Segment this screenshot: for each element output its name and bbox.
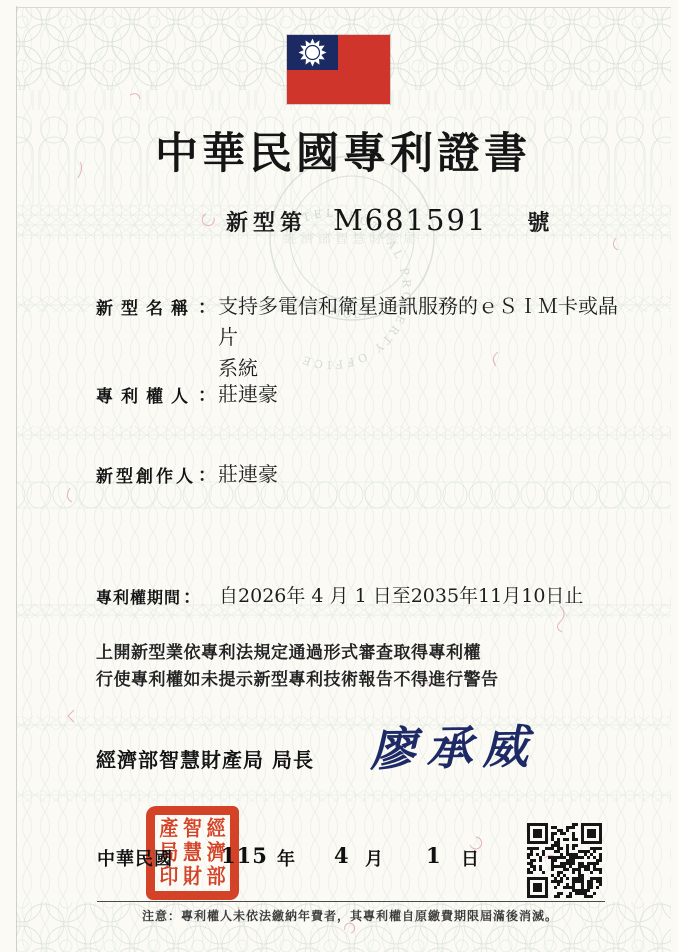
issuing-agency-title: 經濟部智慧財產局 局長 [96, 744, 314, 773]
seal-character: 經 [204, 816, 228, 843]
day-value: 1 [426, 843, 441, 868]
field-label: 新型名稱 [96, 291, 196, 319]
footer-divider [97, 901, 605, 902]
footer-note: 注意：專利權人未依法繳納年費者，其專利權自原繳費期限屆滿後消滅。 [88, 907, 612, 924]
field-colon: ： [196, 459, 218, 487]
era-label: 中華民國 [97, 845, 173, 871]
field-colon: ： [181, 581, 203, 609]
year-unit: 年 [277, 845, 295, 871]
patent-number-line: 新型第 M681591 號 [226, 203, 554, 237]
field-patentee: 專利權人 ： 莊連豪 [96, 379, 278, 410]
field-utility-model-name: 新型名稱 ： 支持多電信和衛星通訊服務的ｅＳＩＭ卡或晶片 系統 [96, 291, 618, 384]
scan-edge-top [16, 7, 671, 8]
field-value: 莊連豪 [218, 379, 278, 410]
patent-number: M681591 [333, 203, 487, 237]
issue-date-line: 中華民國 115 年 4 月 1 日 [0, 842, 678, 870]
field-value: 支持多電信和衛星通訊服務的ｅＳＩＭ卡或晶片 系統 [218, 291, 618, 384]
patent-number-prefix: 新型第 [226, 206, 307, 237]
certificate-title: 中華民國專利證書 [0, 120, 678, 181]
roc-flag [287, 35, 390, 104]
field-value: 莊連豪 [218, 459, 278, 490]
field-label: 專利權期間 [96, 581, 181, 608]
patent-number-suffix: 號 [527, 206, 554, 237]
patent-certificate-page: INTELLECTUAL PROPERTY OFFICE MOEA 經濟部智慧財… [0, 0, 678, 952]
field-colon: ： [196, 379, 218, 407]
director-general-signature: 廖承威 [369, 711, 538, 780]
month-unit: 月 [365, 845, 383, 871]
field-colon: ： [196, 291, 218, 319]
seal-character: 智 [181, 816, 205, 843]
month-value: 4 [334, 843, 349, 868]
day-unit: 日 [461, 845, 479, 871]
seal-character: 產 [157, 816, 181, 843]
year-value: 115 [221, 843, 268, 868]
field-value: 自2026年 4 月 1 日至2035年11月10日止 [203, 581, 583, 612]
field-label: 新型創作人 [96, 459, 196, 487]
legal-notice-text: 上開新型業依專利法規定通過形式審查取得專利權 行使專利權如未提示新型專利技術報告… [96, 640, 499, 694]
field-label: 專利權人 [96, 379, 196, 407]
field-patent-term: 專利權期間 ： 自2026年 4 月 1 日至2035年11月10日止 [96, 581, 583, 612]
field-creator: 新型創作人 ： 莊連豪 [96, 459, 278, 490]
